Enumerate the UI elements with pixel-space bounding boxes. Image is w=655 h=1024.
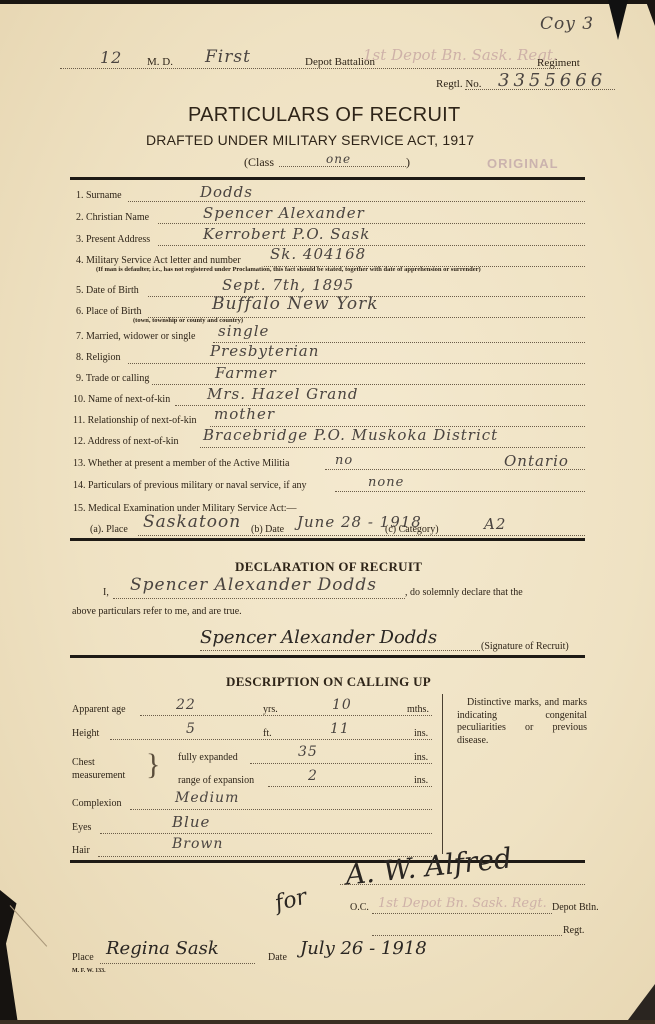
declaration-text-line2: above particulars refer to me, and are t…: [72, 606, 242, 617]
defaulter-note: (If man is defaulter, i.e., has not regi…: [96, 266, 481, 273]
form-title: PARTICULARS OF RECRUIT: [188, 104, 461, 127]
class-line: [279, 166, 406, 167]
row-label: Whether at present a member of the Activ…: [88, 458, 290, 469]
medical-category-value: A2: [484, 515, 506, 533]
particular-5-label: 5. Date of Birth: [76, 285, 139, 296]
particular-3-label: 3. Present Address: [76, 234, 150, 245]
row-number: 11.: [73, 415, 85, 426]
particulars-bottom-rule: [70, 538, 585, 541]
range-value: 2: [308, 768, 318, 784]
description-divider: [442, 694, 443, 854]
regt-line: [372, 935, 562, 936]
corner-note: Coy 3: [540, 14, 594, 34]
particular-8-label: 8. Religion: [76, 352, 120, 363]
place-of-birth-value: Buffalo New York: [212, 294, 379, 314]
row-1-line: [128, 201, 585, 202]
row-label: Relationship of next-of-kin: [88, 415, 197, 426]
row-label: Married, widower or single: [86, 331, 195, 342]
chest-bracket-icon: }: [146, 748, 160, 782]
row-label: Place of Birth: [86, 306, 142, 317]
row-number: 6.: [76, 306, 84, 317]
bottom-edge: [0, 1020, 655, 1024]
signature-line: [200, 650, 480, 651]
range-ins: ins.: [414, 775, 428, 786]
row-number: 9.: [76, 373, 84, 384]
present-address-value: Kerrobert P.O. Sask: [203, 225, 370, 243]
declaration-name-value: Spencer Alexander Dodds: [130, 575, 377, 595]
medical-category-label: (c) Category): [385, 524, 439, 535]
row-number: 15.: [73, 503, 86, 514]
fully-expanded-label: fully expanded: [178, 752, 238, 763]
row-8-line: [128, 363, 585, 364]
date-of-birth-value: Sept. 7th, 1895: [222, 276, 354, 294]
next-of-kin-name-value: Mrs. Hazel Grand: [207, 385, 359, 403]
class-close: ): [406, 155, 410, 170]
particular-11-label: 11. Relationship of next-of-kin: [73, 415, 197, 426]
particular-14-label: 14. Particulars of previous military or …: [73, 480, 307, 491]
mths-label: mths.: [407, 704, 429, 715]
age-line: [140, 715, 432, 716]
declaration-name-line: [113, 598, 405, 599]
regtl-no-label: Regtl. No.: [436, 78, 482, 90]
marital-status-value: single: [218, 322, 269, 340]
eyes-label: Eyes: [72, 822, 91, 833]
row-14-line: [335, 491, 585, 492]
medical-line: [138, 535, 585, 536]
height-line: [110, 739, 432, 740]
row-label: Particulars of previous military or nava…: [88, 480, 307, 491]
hair-label: Hair: [72, 845, 90, 856]
age-months-value: 10: [332, 697, 352, 713]
height-in-value: 11: [330, 721, 350, 737]
particular-9-label: 9. Trade or calling: [76, 373, 149, 384]
particular-7-label: 7. Married, widower or single: [76, 331, 195, 342]
district-number: 12: [100, 48, 122, 67]
age-label: Apparent age: [72, 704, 126, 715]
recruit-form-page: Coy 3 12 M. D. First Depot Battalion 1st…: [0, 0, 655, 1024]
surname-value: Dodds: [200, 183, 253, 201]
row-number: 8.: [76, 352, 84, 363]
height-ft-value: 5: [186, 721, 196, 737]
row-label: Christian Name: [86, 212, 149, 223]
row-label: Trade or calling: [86, 373, 150, 384]
medical-place-label: (a). Place: [90, 524, 128, 535]
previous-service-value: none: [368, 475, 404, 490]
age-years-value: 22: [176, 697, 196, 713]
height-label: Height: [72, 728, 99, 739]
footer-place-label: Place: [72, 952, 94, 963]
officer-signature-line: [340, 884, 585, 885]
medical-date-label: (b) Date: [251, 524, 284, 535]
regt-label: Regt.: [563, 925, 584, 936]
regtl-no-value: 3355666: [498, 70, 606, 91]
row-number: 14.: [73, 480, 86, 491]
row-number: 5.: [76, 285, 84, 296]
form-code: M. F. W. 133.: [72, 968, 106, 974]
eyes-line: [100, 833, 432, 834]
regiment-stamp: 1st Depot Bn. Sask. Regt.: [363, 46, 558, 64]
torn-notch: [608, 0, 628, 40]
religion-value: Presbyterian: [210, 342, 319, 360]
paper-crease: [10, 905, 48, 947]
oc-stamp: 1st Depot Bn. Sask. Regt.: [378, 896, 547, 911]
class-label: (Class: [244, 155, 274, 170]
particular-6-label: 6. Place of Birth: [76, 306, 142, 317]
medical-place-value: Saskatoon: [143, 512, 241, 532]
chest-label-1: Chest: [72, 757, 95, 768]
row-number: 1.: [76, 190, 84, 201]
next-of-kin-address-value: Bracebridge P.O. Muskoka District: [203, 426, 498, 444]
row-number: 12.: [73, 436, 86, 447]
row-label: Date of Birth: [86, 285, 139, 296]
particular-4-label: 4. Military Service Act letter and numbe…: [76, 255, 241, 266]
hair-value: Brown: [172, 836, 223, 852]
fully-expanded-ins: ins.: [414, 752, 428, 763]
particular-13-label: 13. Whether at present a member of the A…: [73, 458, 289, 469]
row-label: Religion: [86, 352, 120, 363]
declaration-heading: DECLARATION OF RECRUIT: [235, 559, 422, 575]
msa-number-value: Sk. 404168: [270, 245, 366, 263]
trade-value: Farmer: [215, 364, 277, 382]
oc-line: [372, 913, 552, 914]
header-line: [60, 68, 560, 69]
active-militia-province: Ontario: [504, 452, 569, 470]
row-label: Military Service Act letter and number: [86, 255, 241, 266]
row-number: 10.: [73, 394, 86, 405]
declaration-text: , do solemnly declare that the: [405, 587, 523, 598]
regiment-label: Regiment: [537, 57, 580, 69]
row-number: 13.: [73, 458, 86, 469]
range-line: [268, 786, 432, 787]
footer-place-line: [100, 963, 255, 964]
row-label: Present Address: [86, 234, 150, 245]
torn-top-edge: [0, 0, 655, 4]
active-militia-value: no: [335, 453, 353, 468]
row-label: Address of next-of-kin: [87, 436, 178, 447]
complexion-label: Complexion: [72, 798, 121, 809]
fully-expanded-line: [250, 763, 432, 764]
complexion-value: Medium: [175, 790, 239, 806]
row-number: 3.: [76, 234, 84, 245]
ft-label: ft.: [263, 728, 272, 739]
row-number: 7.: [76, 331, 84, 342]
oc-label: O.C.: [350, 902, 369, 913]
torn-bottom-right-corner: [625, 984, 655, 1024]
battalion-value: First: [205, 47, 251, 67]
top-rule: [70, 177, 585, 180]
declaration-bottom-rule: [70, 655, 585, 658]
signature-label: (Signature of Recruit): [481, 641, 569, 652]
row-2-line: [158, 223, 585, 224]
form-subtitle: DRAFTED UNDER MILITARY SERVICE ACT, 1917: [146, 132, 474, 148]
footer-place-value: Regina Sask: [106, 938, 219, 959]
complexion-line: [130, 809, 432, 810]
row-label: Name of next-of-kin: [88, 394, 170, 405]
for-prefix: for: [272, 885, 309, 917]
declaration-i-label: I,: [103, 587, 109, 598]
row-number: 2.: [76, 212, 84, 223]
row-12-line: [200, 447, 585, 448]
recruit-signature: Spencer Alexander Dodds: [200, 627, 437, 648]
eyes-value: Blue: [172, 813, 210, 831]
christian-name-value: Spencer Alexander: [203, 204, 365, 222]
row-number: 4.: [76, 255, 84, 266]
relationship-value: mother: [214, 405, 275, 423]
particular-10-label: 10. Name of next-of-kin: [73, 394, 170, 405]
description-heading: DESCRIPTION ON CALLING UP: [226, 674, 431, 690]
depot-btln-label: Depot Btln.: [552, 902, 599, 913]
class-value: one: [326, 152, 351, 166]
fully-expanded-value: 35: [298, 744, 318, 760]
footer-date-label: Date: [268, 952, 287, 963]
distinctive-marks-text: Distinctive marks, and marks indicating …: [457, 697, 587, 747]
ins-label: ins.: [414, 728, 428, 739]
yrs-label: yrs.: [263, 704, 278, 715]
md-label: M. D.: [147, 56, 173, 68]
original-stamp: ORIGINAL: [487, 156, 559, 171]
range-label: range of expansion: [178, 775, 254, 786]
particular-1-label: 1. Surname: [76, 190, 122, 201]
particular-12-label: 12. Address of next-of-kin: [73, 436, 179, 447]
row-label: Surname: [86, 190, 122, 201]
particular-2-label: 2. Christian Name: [76, 212, 149, 223]
chest-label-2: measurement: [72, 770, 125, 781]
row-3-line: [158, 245, 585, 246]
footer-date-value: July 26 - 1918: [300, 938, 427, 959]
